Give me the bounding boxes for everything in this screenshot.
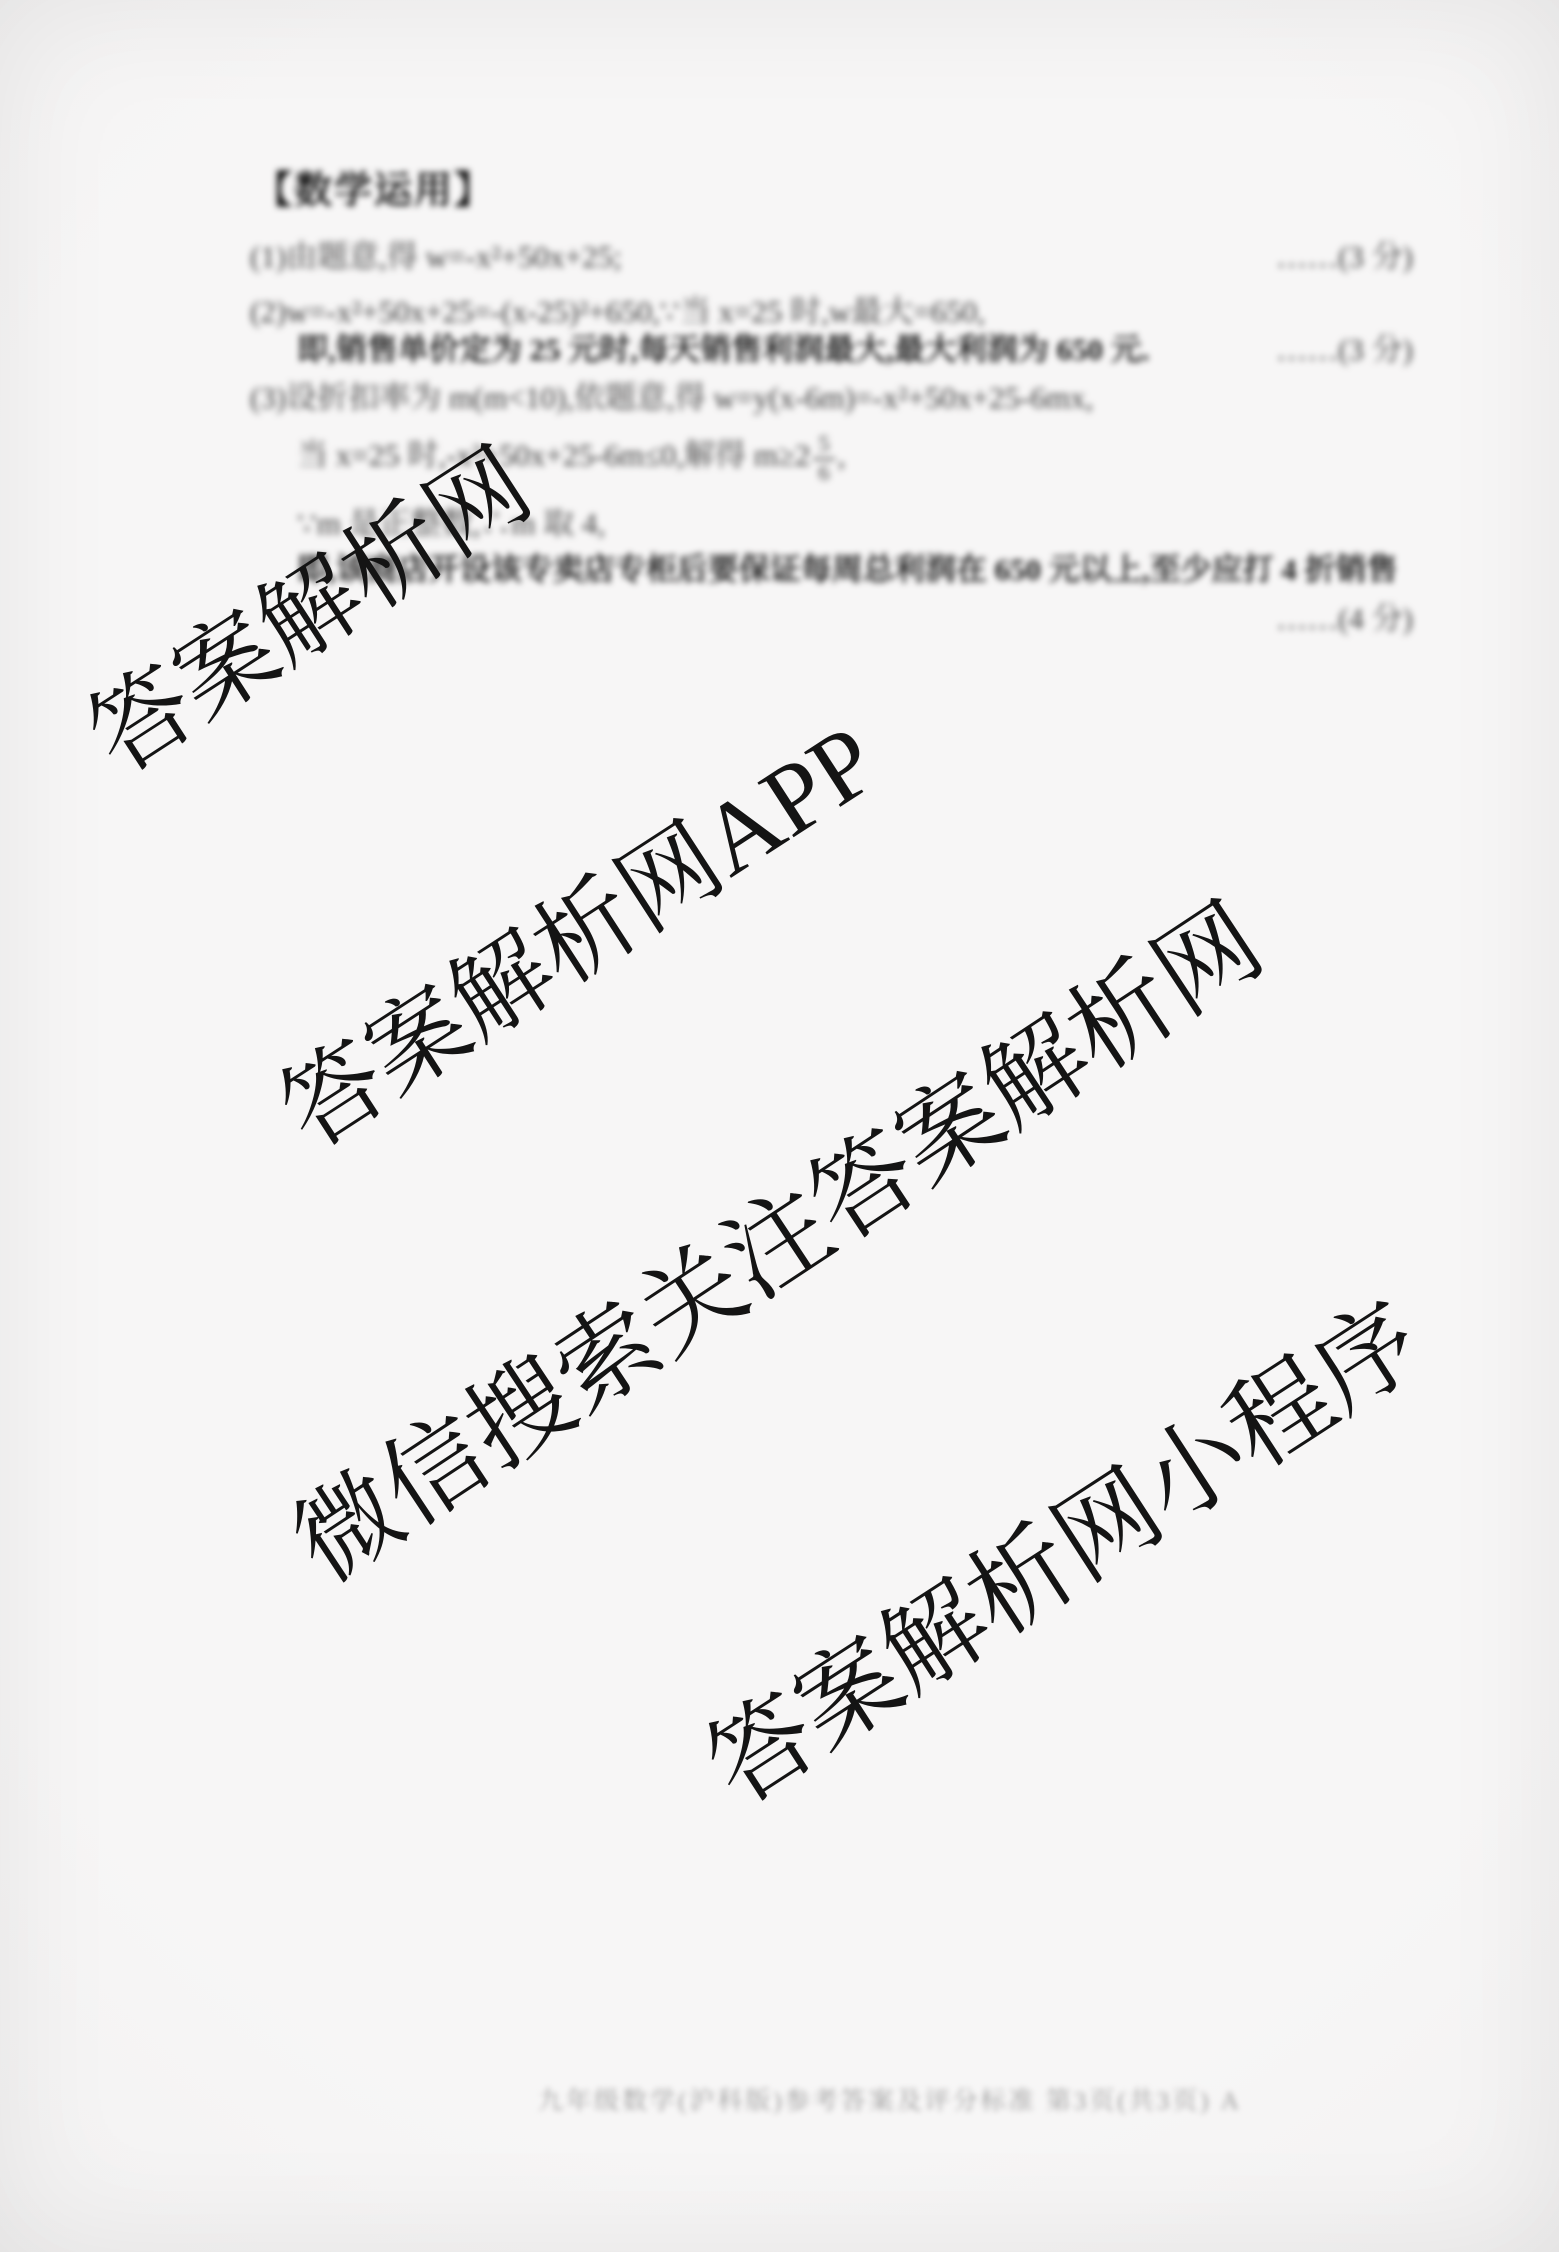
answer-line-5: 当 x=25 时,-x²+50x+25-6m≤0,解得 m≥256,	[297, 432, 845, 485]
watermark-mini-program: 答案解析网小程序	[692, 1287, 1439, 1822]
answer-line-5-text: 当 x=25 时,-x²+50x+25-6m≤0,解得 m≥2	[297, 438, 810, 473]
watermark-answer-site-app: 答案解析网APP	[266, 709, 894, 1165]
score-marker-2: ……(3 分)	[1253, 331, 1413, 370]
answer-line-3: 即,销售单价定为 25 元时,每天销售利润最大,最大利润为 650 元.	[297, 331, 1150, 370]
fraction-denominator: 6	[813, 460, 834, 486]
fraction-numerator: 5	[813, 432, 834, 460]
fraction: 56	[813, 432, 834, 485]
answer-line-2: (2)w=-x²+50x+25=-(x-25)²+650,∵当 x=25 时,w…	[250, 293, 985, 332]
page-footer: 九年级数学(沪科版)参考答案及评分标准 第3页(共3页) A	[538, 2086, 1242, 2117]
answer-line-4: (3)设折扣率为 m(m<10),依题意,得 w=y(x-6m)=-x²+50x…	[250, 379, 1093, 418]
answer-line-5-tail: ,	[838, 438, 846, 473]
answer-line-1: (1)由题意,得 w=-x²+50x+25;	[250, 238, 622, 277]
watermark-answer-site: 答案解析网	[74, 434, 548, 790]
score-marker-1: ……(3 分)	[1253, 238, 1413, 277]
section-heading: 【数学运用】	[254, 168, 494, 216]
score-marker-3: ……(4 分)	[1253, 600, 1413, 639]
document-page: 【数学运用】 (1)由题意,得 w=-x²+50x+25; ……(3 分) (2…	[0, 0, 1559, 2252]
